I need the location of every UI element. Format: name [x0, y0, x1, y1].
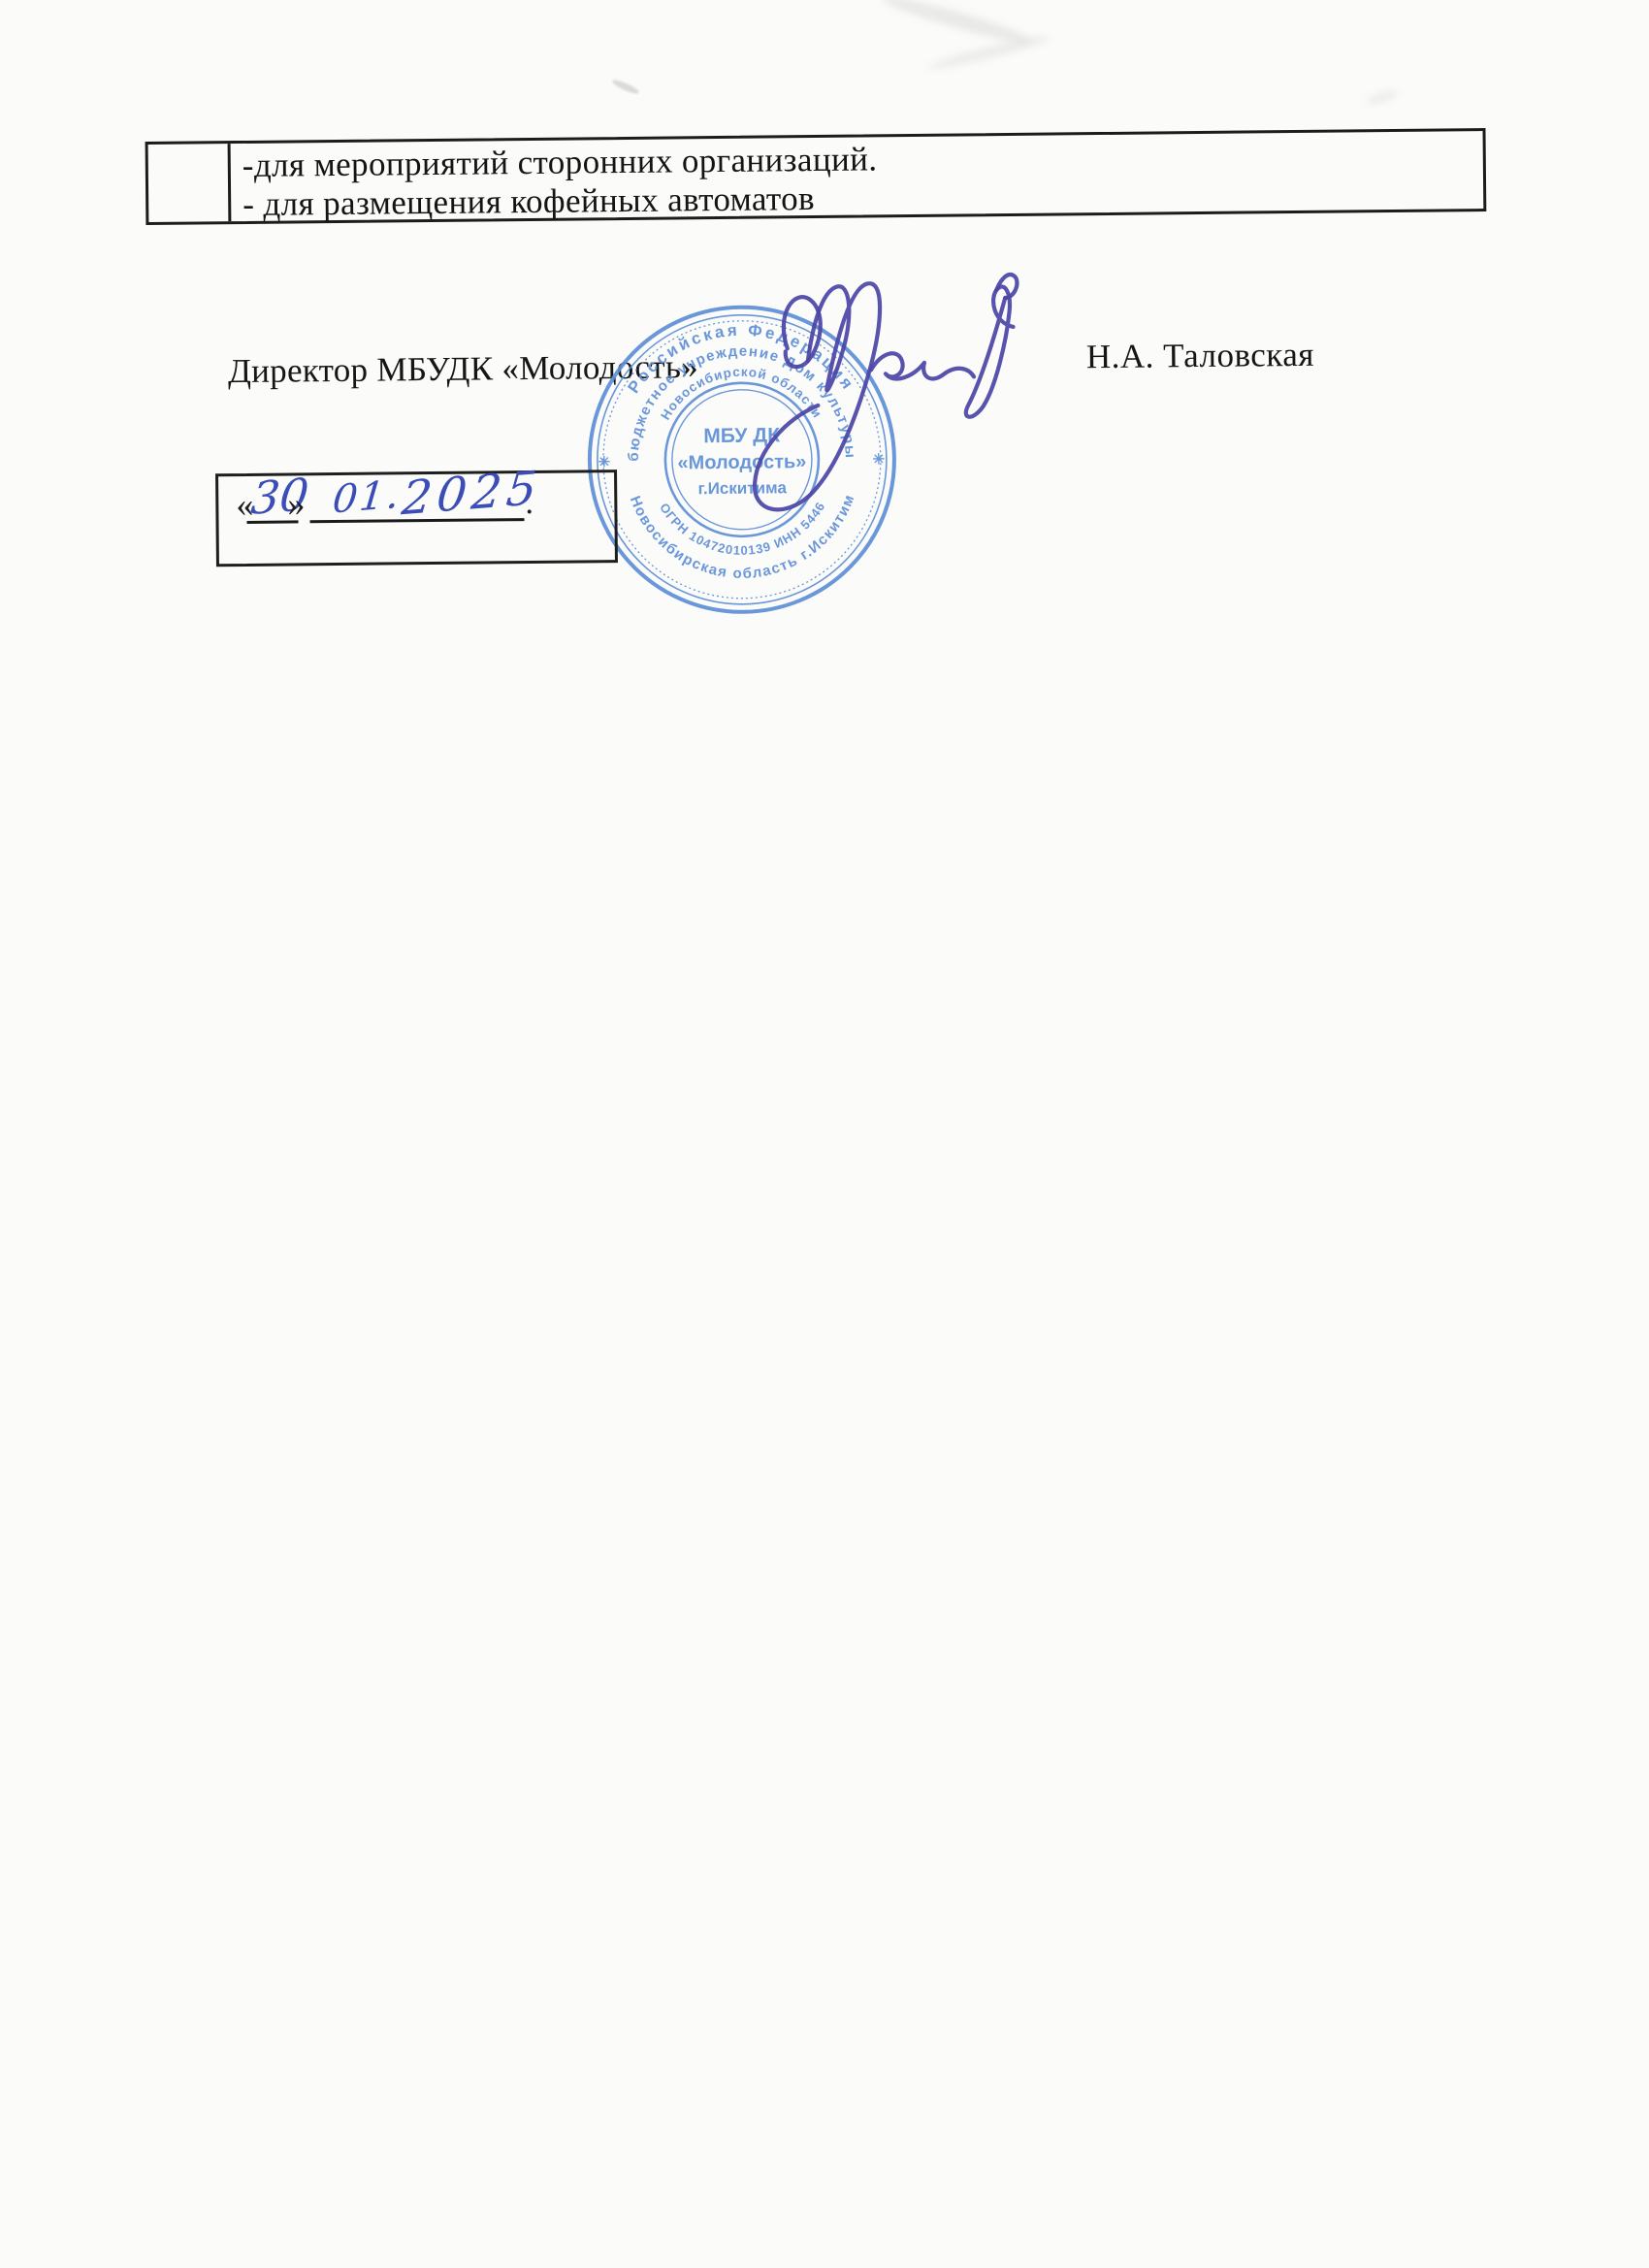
date-box: « 30 » 01. 2025 .: [215, 470, 618, 567]
close-guillemet: »: [287, 483, 305, 524]
handwritten-year: 2025: [400, 461, 544, 526]
scan-content: -для мероприятий сторонних организаций. …: [0, 0, 1649, 2268]
stamp-star-left-icon: ✳: [598, 454, 611, 470]
director-name: Н.А. Таловская: [1086, 336, 1314, 376]
table-cell-number: [148, 144, 232, 222]
signature-icon: [636, 231, 1085, 556]
signature-stroke: [753, 283, 882, 510]
table-cell-text: -для мероприятий сторонних организаций. …: [231, 131, 1484, 221]
day-underline: [247, 520, 299, 524]
signature-stroke: [871, 352, 974, 379]
date-period: .: [525, 485, 533, 522]
scanned-document-page: -для мероприятий сторонних организаций. …: [0, 0, 1649, 2268]
signature-stroke: [965, 286, 1015, 416]
handwritten-month: 01.: [331, 472, 404, 523]
table-fragment: -для мероприятий сторонних организаций. …: [145, 128, 1487, 225]
signature-stroke: [784, 297, 822, 367]
